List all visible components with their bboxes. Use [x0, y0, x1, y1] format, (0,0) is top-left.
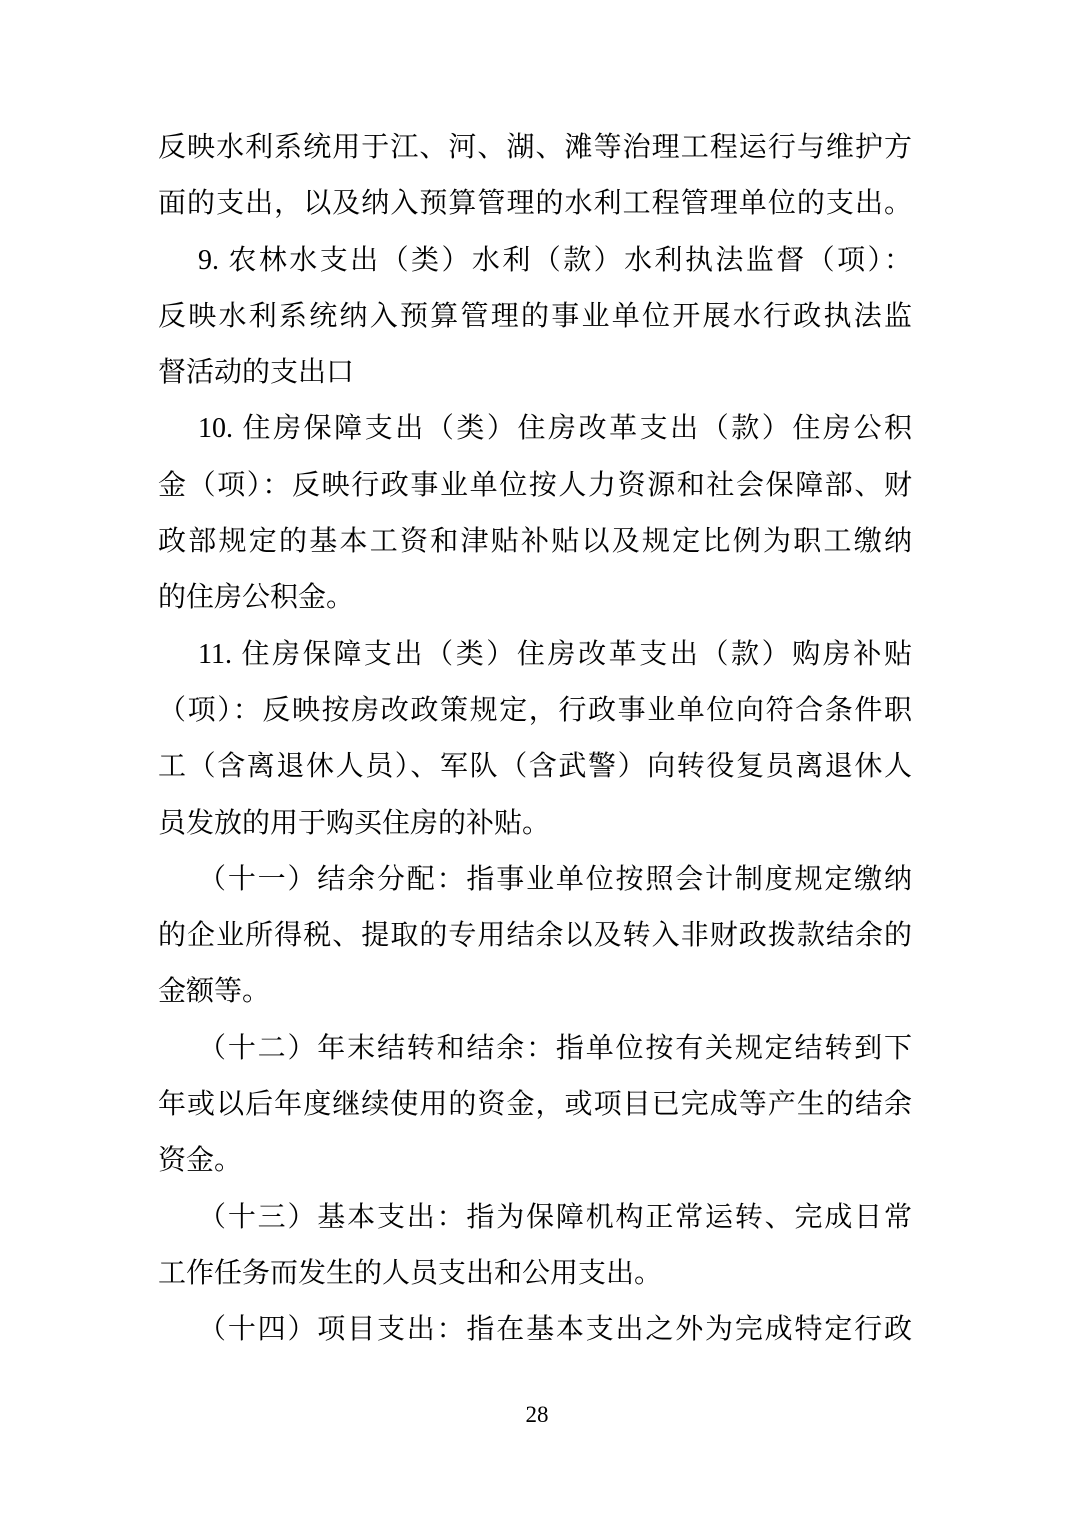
text-line: （项）：反映按房改政策规定，行政事业单位向符合条件职 [158, 683, 912, 739]
document-body: 反映水利系统用于江、河、湖、滩等治理工程运行与维护方 面的支出，以及纳入预算管理… [158, 120, 912, 1359]
text-line: 反映水利系统用于江、河、湖、滩等治理工程运行与维护方 [158, 120, 912, 176]
text-line: 金额等。 [158, 964, 912, 1020]
text-line: （十三）基本支出：指为保障机构正常运转、完成日常 [158, 1190, 912, 1246]
text-line: 的住房公积金。 [158, 570, 912, 626]
text-line: 年或以后年度继续使用的资金，或项目已完成等产生的结余 [158, 1077, 912, 1133]
text-line: 10. 住房保障支出（类）住房改革支出（款）住房公积 [158, 401, 912, 457]
text-line: 员发放的用于购买住房的补贴。 [158, 796, 912, 852]
text-line: （十一）结余分配：指事业单位按照会计制度规定缴纳 [158, 852, 912, 908]
text-line: 资金。 [158, 1133, 912, 1189]
text-line: 金（项）：反映行政事业单位按人力资源和社会保障部、财 [158, 458, 912, 514]
text-line: 政部规定的基本工资和津贴补贴以及规定比例为职工缴纳 [158, 514, 912, 570]
text-line: 面的支出，以及纳入预算管理的水利工程管理单位的支出。 [158, 176, 912, 232]
text-line: 督活动的支出口 [158, 345, 912, 401]
text-line: 反映水利系统纳入预算管理的事业单位开展水行政执法监 [158, 289, 912, 345]
text-line: （十二）年末结转和结余：指单位按有关规定结转到下 [158, 1021, 912, 1077]
text-line: 9. 农林水支出（类）水利（款）水利执法监督（项）： [158, 233, 912, 289]
page-number: 28 [0, 1402, 1074, 1428]
document-page: 反映水利系统用于江、河、湖、滩等治理工程运行与维护方 面的支出，以及纳入预算管理… [0, 0, 1074, 1520]
text-line: 的企业所得税、提取的专用结余以及转入非财政拨款结余的 [158, 908, 912, 964]
text-line: 工作任务而发生的人员支出和公用支出。 [158, 1246, 912, 1302]
text-line: 11. 住房保障支出（类）住房改革支出（款）购房补贴 [158, 627, 912, 683]
text-line: 工（含离退休人员）、军队（含武警）向转役复员离退休人 [158, 739, 912, 795]
text-line: （十四）项目支出：指在基本支出之外为完成特定行政 [158, 1302, 912, 1358]
